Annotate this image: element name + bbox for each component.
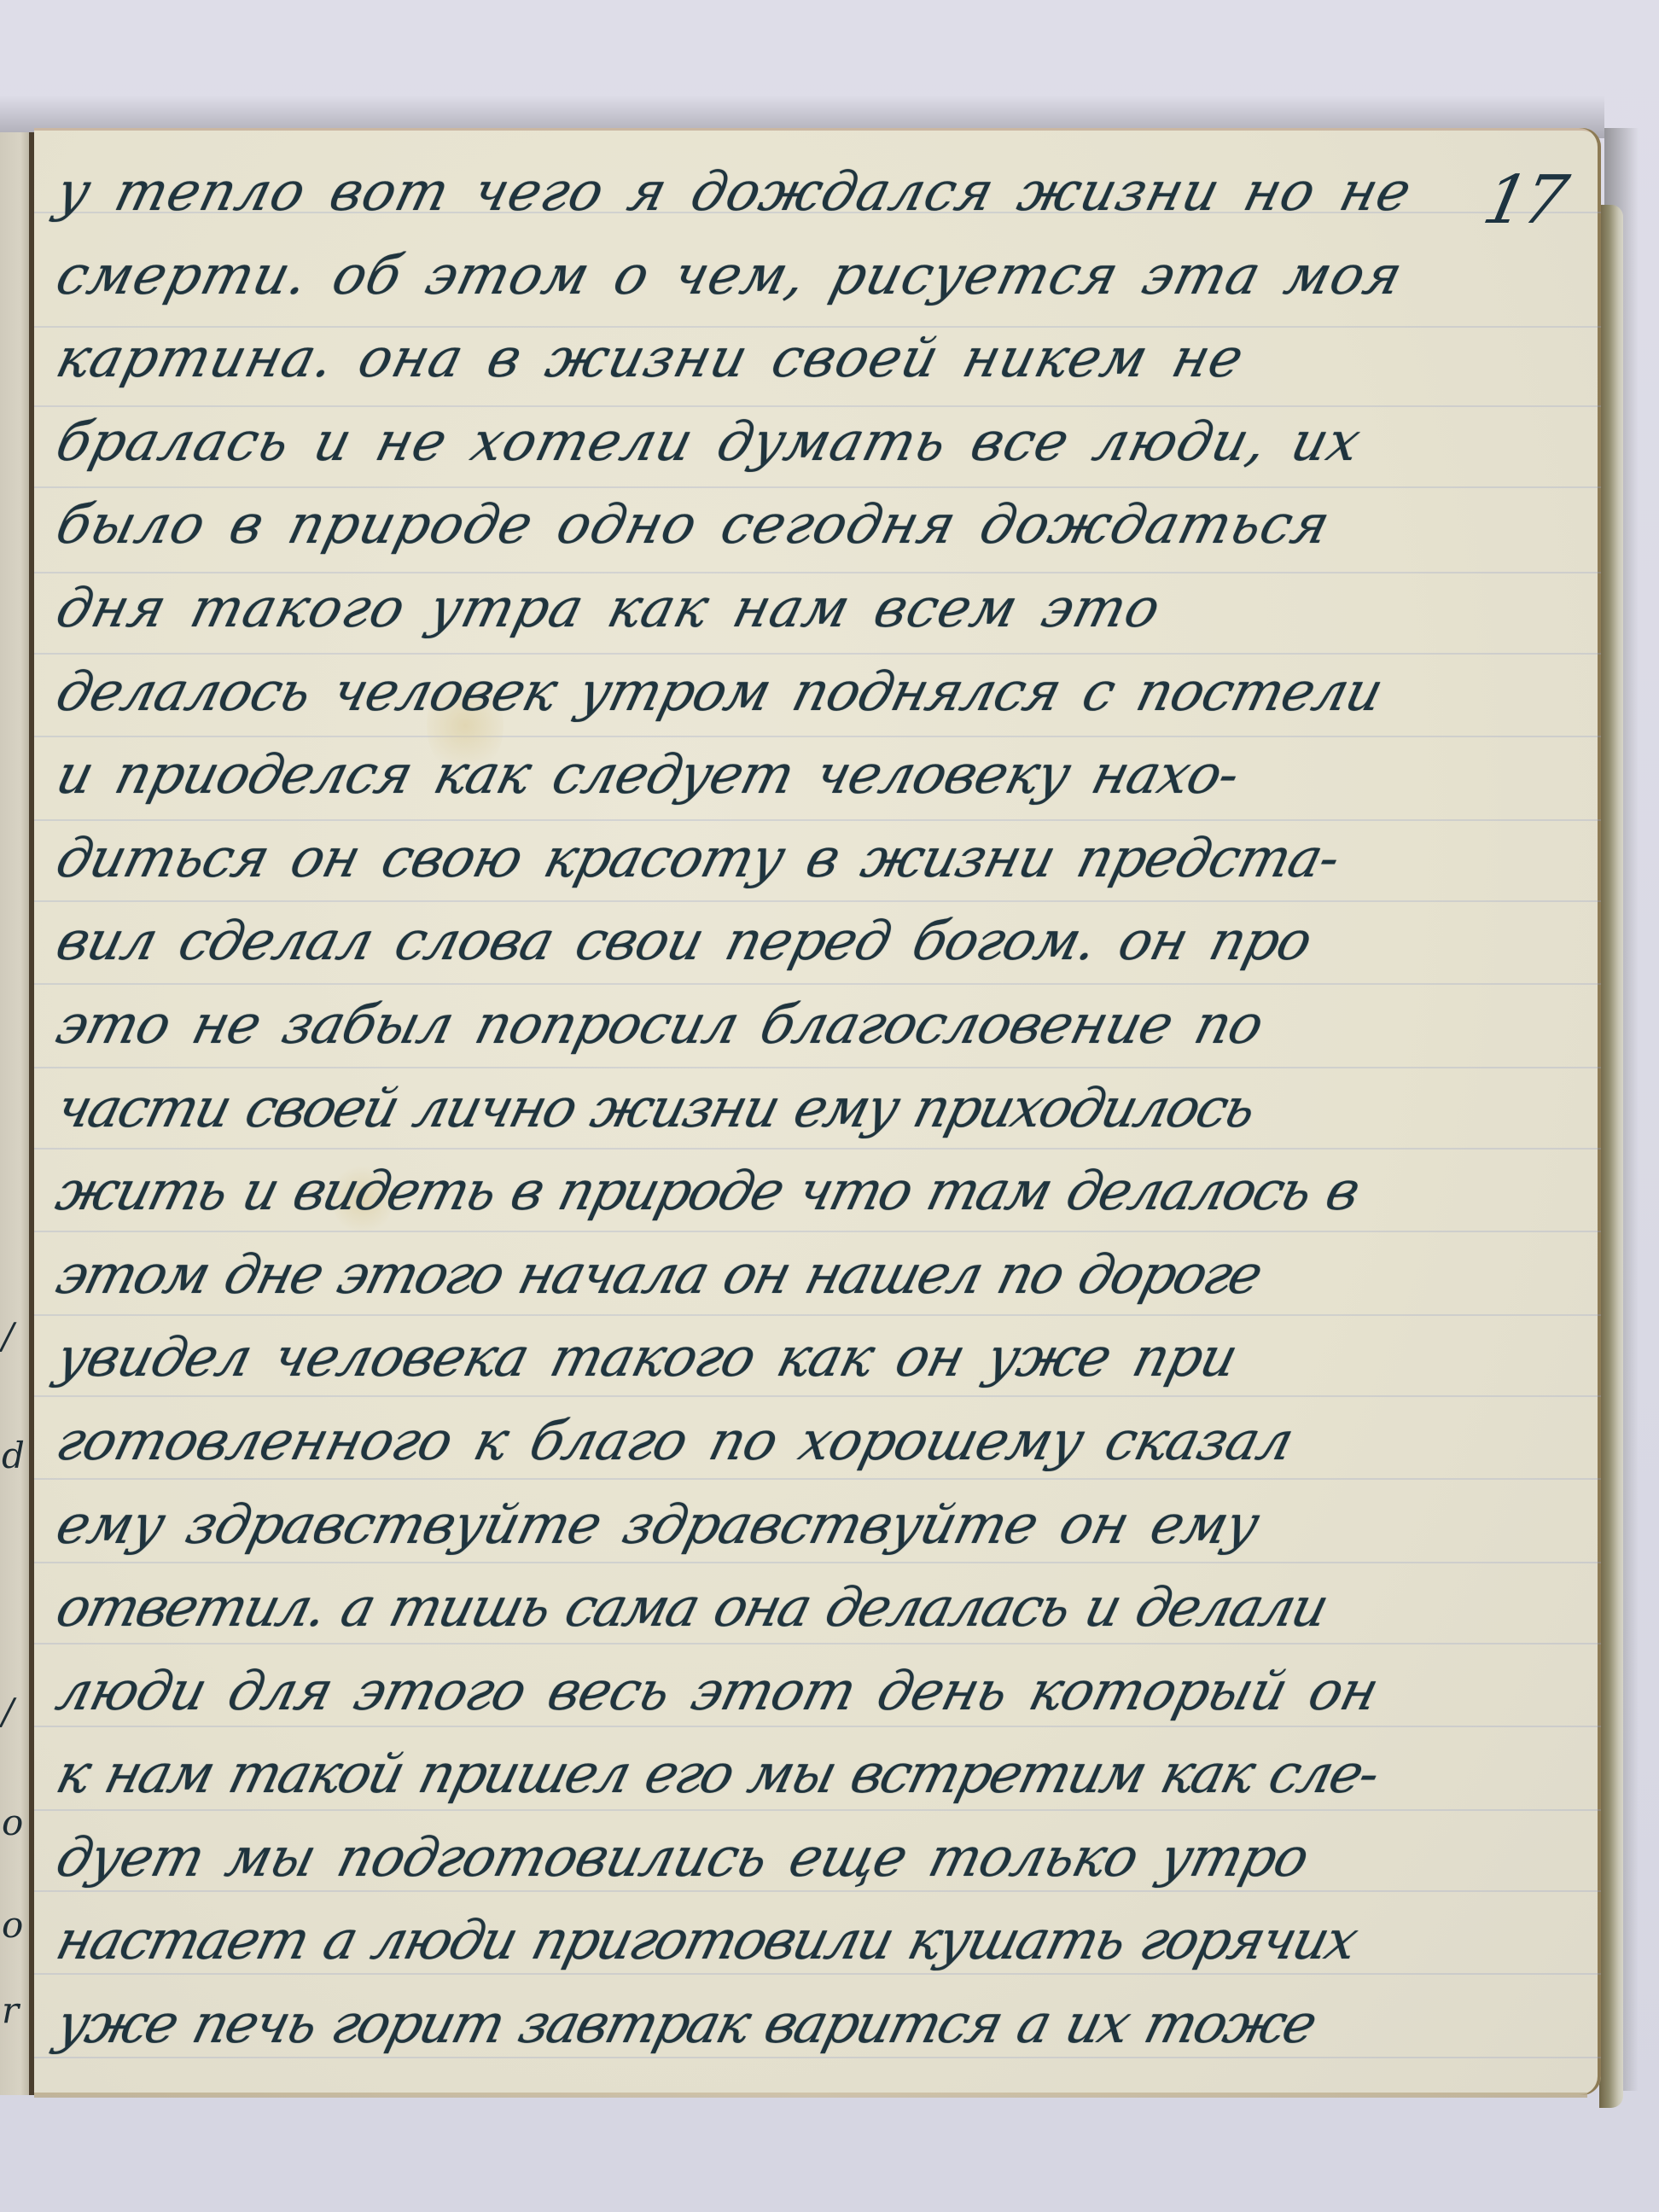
text-line: диться он свою красоту в жизни предста- <box>48 817 1536 900</box>
previous-page-glyph: o <box>2 1907 23 1943</box>
text-line: жить и видеть в природе что там делалось… <box>48 1150 1536 1233</box>
previous-page-glyph: / <box>2 1694 14 1730</box>
previous-page-sliver: / d / o o r <box>0 132 34 2095</box>
text-line: готовленного к благо по хорошему сказал <box>48 1400 1536 1483</box>
text-line: люди для этого весь этот день который он <box>48 1650 1536 1733</box>
text-line: ответил. а тишь сама она делалась и дела… <box>48 1566 1536 1650</box>
previous-page-glyph: r <box>2 1993 19 2029</box>
text-line: смерти. об этом о чем, рисуется эта моя <box>48 234 1536 317</box>
text-line: картина. она в жизни своей никем не <box>48 317 1536 400</box>
text-line: ему здравствуйте здравствуйте он ему <box>48 1483 1536 1567</box>
text-line: вил сделал слова свои перед богом. он пр… <box>48 899 1536 983</box>
previous-page-glyph: / <box>2 1318 14 1354</box>
text-line: увидел человека такого как он уже при <box>48 1316 1536 1400</box>
text-line: к нам такой пришел его мы встретим как с… <box>48 1732 1536 1816</box>
text-line: уже печь горит завтрак варится а их тоже <box>48 1982 1536 2066</box>
notebook-page: 17 у тепло вот чего я дождался жизни но … <box>34 128 1601 2095</box>
text-line: дует мы подготовились еще только утро <box>48 1816 1536 1900</box>
text-line: части своей лично жизни ему приходилось <box>48 1067 1536 1150</box>
text-line: звали мы тут как тут на месте <box>48 2066 1536 2095</box>
text-line: у тепло вот чего я дождался жизни но не <box>48 150 1536 234</box>
text-line: делалось человек утром поднялся с постел… <box>48 650 1536 734</box>
text-line: бралась и не хотели думать все люди, их <box>48 400 1536 484</box>
previous-page-glyph: d <box>2 1438 25 1474</box>
text-line: было в природе одно сегодня дождаться <box>48 483 1536 567</box>
handwritten-text: у тепло вот чего я дождался жизни но не … <box>58 150 1526 2095</box>
page-edges <box>1599 205 1623 2108</box>
text-line: дня такого утра как нам всем это <box>48 567 1536 650</box>
text-line: настает а люди приготовили кушать горячи… <box>48 1899 1536 1982</box>
text-line: и приоделся как следует человеку нахо- <box>48 733 1536 817</box>
page-bottom-edge <box>34 2093 1587 2098</box>
text-line: это не забыл попросил благословение по <box>48 983 1536 1067</box>
text-line: этом дне этого начала он нашел по дороге <box>48 1233 1536 1317</box>
previous-page-glyph: o <box>2 1805 23 1841</box>
